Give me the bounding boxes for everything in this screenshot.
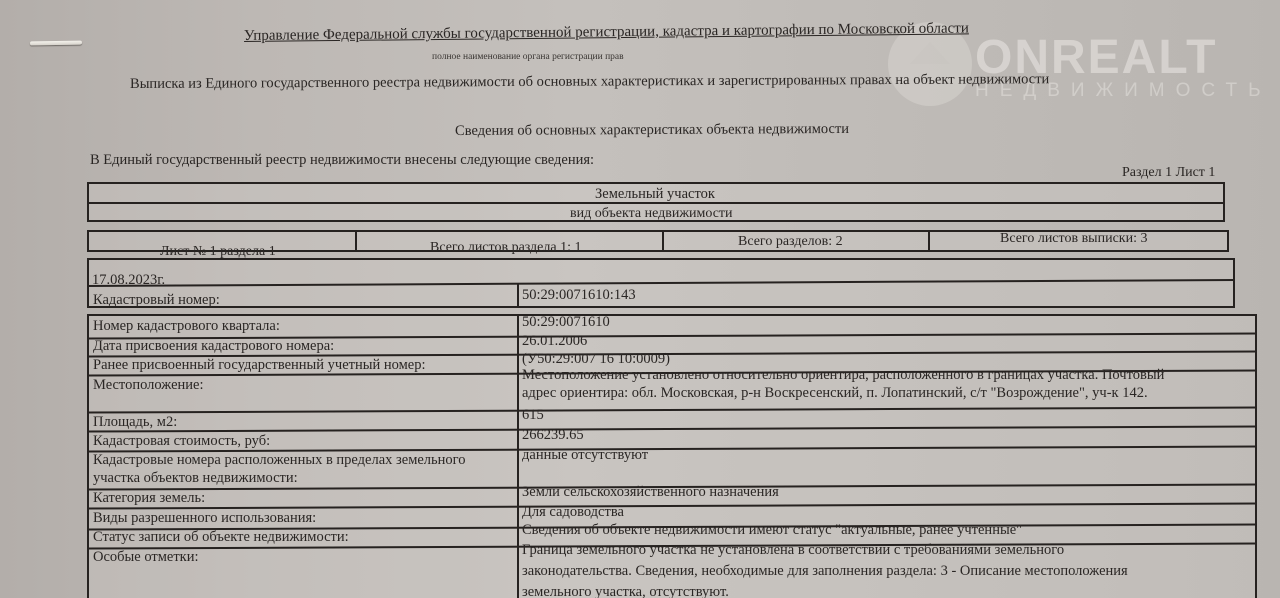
cadastral-number-label: Кадастровый номер: [93,292,220,309]
divider [662,230,664,252]
row-label: Статус записи об объекте недвижимости: [93,529,349,546]
row-label: участка объектов недвижимости: [93,470,298,487]
section-title: Сведения об основных характеристиках объ… [455,121,849,140]
divider [517,284,519,308]
divider [355,230,357,252]
row-value: 266239.65 [522,427,584,444]
row-value: Сведения об объекте недвижимости имеют с… [522,522,1022,539]
object-type-caption: вид объекта недвижимости [570,206,733,222]
row-label: Особые отметки: [93,549,199,566]
row-value: адрес ориентира: обл. Московская, р-н Во… [522,385,1148,402]
row-value: Граница земельного участка не установлен… [522,542,1064,559]
row-value: Местоположение установлено относительно … [522,367,1164,384]
row-label: Площадь, м2: [93,414,177,431]
page-reference: Раздел 1 Лист 1 [1122,165,1215,181]
cadastral-number-value: 50:29:0071610:143 [522,287,636,304]
total-sheets-extract: Всего листов выписки: 3 [1000,231,1147,247]
row-value: законодательства. Сведения, необходимые … [522,563,1128,580]
row-value: земельного участка, отсутствуют. [522,584,729,598]
row-value: 26.01.2006 [522,333,587,350]
intro-text: В Единый государственный реестр недвижим… [90,152,594,169]
row-value: данные отсутствуют [522,447,648,464]
row-value: Земли сельскохозяйственного назначения [522,484,779,501]
object-type: Земельный участок [595,186,715,203]
row-label: Виды разрешенного использования: [93,510,316,527]
row-label: Номер кадастрового квартала: [93,318,280,335]
row-label: Дата присвоения кадастрового номера: [93,338,334,355]
total-sheets-section: Всего листов раздела 1: 1 [430,240,581,256]
authority-caption: полное наименование органа регистрации п… [432,52,624,62]
row-label: Ранее присвоенный государственный учетны… [93,357,426,374]
extract-date: 17.08.2023г. [92,272,165,289]
row-value: 50:29:0071610 [522,314,610,331]
total-sections: Всего разделов: 2 [738,234,843,250]
divider [928,230,930,252]
row-value: Для садоводства [522,504,624,521]
row-label: Кадастровая стоимость, руб: [93,433,270,450]
row-value: (У50:29:007 16 10:0009) [522,351,670,368]
staple [30,41,82,46]
row-label: Кадастровые номера расположенных в преде… [93,452,466,469]
row-value: 615 [522,407,544,424]
registration-authority: Управление Федеральной службы государств… [244,20,969,45]
row-label: Местоположение: [93,377,204,394]
row-label: Категория земель: [93,490,205,507]
divider [517,314,519,598]
